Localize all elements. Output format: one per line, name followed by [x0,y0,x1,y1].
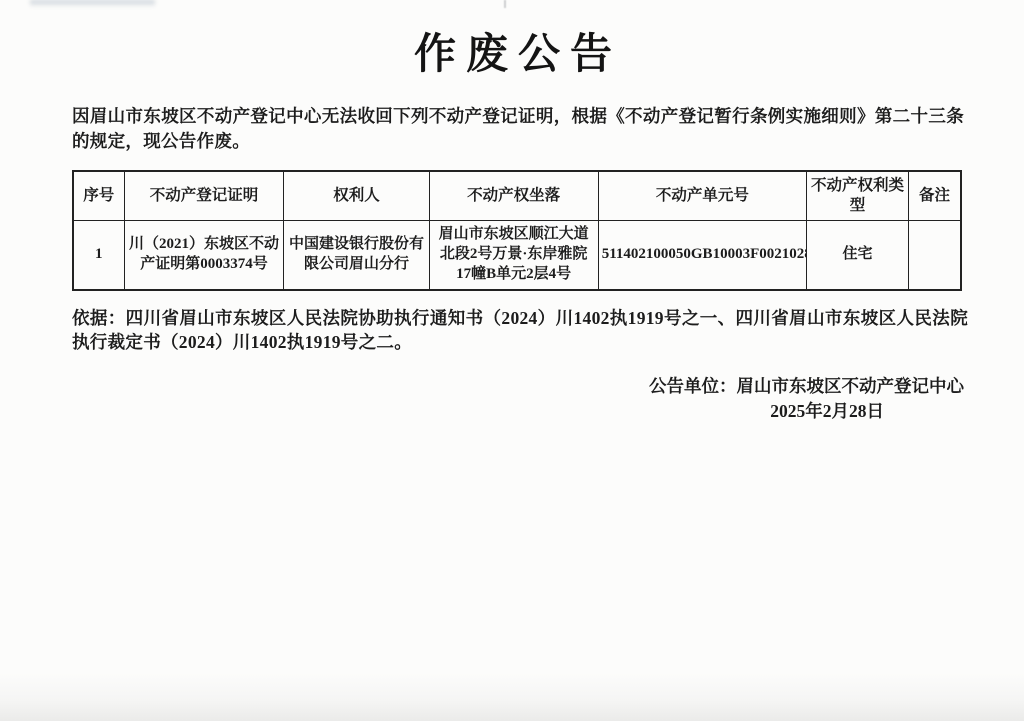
cell-unit-no: 511402100050GB10003F00210287 [598,221,806,291]
basis-paragraph: 依据：四川省眉山市东坡区人民法院协助执行通知书（2024）川1402执1919号… [72,306,968,354]
table-header-row: 序号 不动产登记证明 权利人 不动产权坐落 不动产单元号 不动产权利类型 备注 [73,171,961,221]
col-header-unit-no: 不动产单元号 [598,171,806,221]
col-header-right-type: 不动产权利类型 [806,171,908,221]
cell-right-type: 住宅 [806,221,908,291]
scan-noise-bottom [0,673,1024,721]
col-header-remark: 备注 [909,171,961,221]
cell-holder: 中国建设银行股份有限公司眉山分行 [284,221,429,291]
cell-seq: 1 [73,221,124,291]
table-row: 1 川（2021）东坡区不动产证明第0003374号 中国建设银行股份有限公司眉… [73,221,961,291]
col-header-holder: 权利人 [284,171,429,221]
col-header-seq: 序号 [73,171,124,221]
col-header-location: 不动产权坐落 [429,171,598,221]
cell-location: 眉山市东坡区顺江大道北段2号万景·东岸雅院17幢B单元2层4号 [429,221,598,291]
cell-remark [909,221,961,291]
document-content: 作废公告 因眉山市东坡区不动产登记中心无法收回下列不动产登记证明，根据《不动产登… [0,0,1024,423]
col-header-certificate: 不动产登记证明 [124,171,284,221]
date-line: 2025年2月28日 [72,399,964,423]
cell-certificate: 川（2021）东坡区不动产证明第0003374号 [124,221,284,291]
intro-paragraph: 因眉山市东坡区不动产登记中心无法收回下列不动产登记证明，根据《不动产登记暂行条例… [72,104,964,152]
signature-block: 公告单位：眉山市东坡区不动产登记中心 2025年2月28日 [72,374,964,422]
invalidation-table: 序号 不动产登记证明 权利人 不动产权坐落 不动产单元号 不动产权利类型 备注 … [72,170,962,291]
scanned-document-page: 作废公告 因眉山市东坡区不动产登记中心无法收回下列不动产登记证明，根据《不动产登… [0,0,1024,721]
announcement-title: 作废公告 [72,30,964,80]
issuer-line: 公告单位：眉山市东坡区不动产登记中心 [72,374,964,398]
